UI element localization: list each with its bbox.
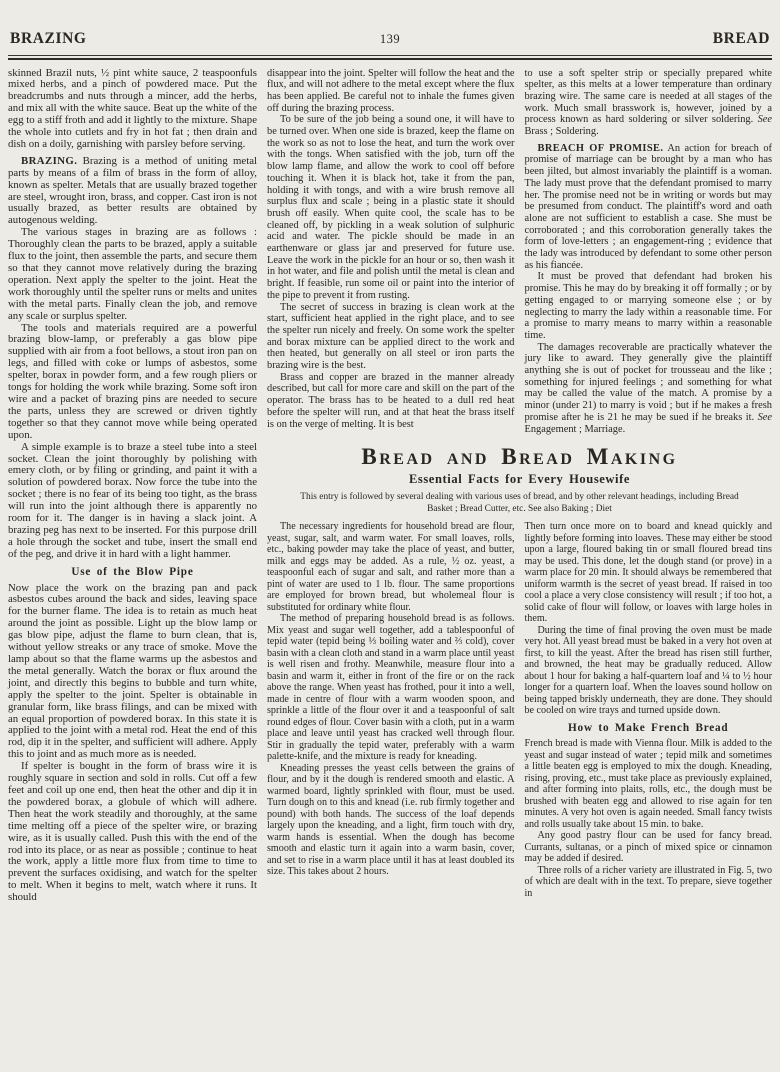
running-head-right: BREAD: [713, 30, 770, 48]
blow-pipe-paragraph-2: If spelter is bought in the form of bras…: [8, 761, 257, 904]
breach-headword: BREACH OF PROMISE.: [538, 143, 664, 154]
brazing-example-paragraph: A simple example is to braze a steel tub…: [8, 442, 257, 561]
see-reference-targets-2: Engagement ; Marriage.: [525, 424, 626, 435]
upper-columns: disappear into the joint. Spelter will f…: [267, 68, 772, 436]
header-rule-thin: [8, 55, 772, 56]
brazing-continuation-2: to use a soft spelter strip or specially…: [525, 68, 773, 138]
bread-loaves-paragraph: Then turn once more on to board and knea…: [525, 521, 773, 625]
bread-article-title: Bread and Bread Making: [267, 445, 772, 469]
richer-rolls-paragraph: Three rolls of a richer variety are illu…: [525, 865, 773, 900]
french-bread-subheading: How to Make French Bread: [525, 723, 773, 735]
bread-article-header: Bread and Bread Making Essential Facts f…: [267, 445, 772, 515]
breach-damages-paragraph: The damages recoverable are practically …: [525, 342, 773, 436]
french-bread-paragraph: French bread is made with Vienna flour. …: [525, 738, 773, 830]
blow-pipe-paragraph-1: Now place the work on the brazing pan an…: [8, 583, 257, 762]
brazing-continuation-1: disappear into the joint. Spelter will f…: [267, 68, 515, 115]
header-rule-thick: [8, 58, 772, 60]
brazil-nuts-continuation: skinned Brazil nuts, ½ pint white sauce,…: [8, 68, 257, 151]
bread-kneading-paragraph: Kneading presses the yeast cells between…: [267, 763, 515, 878]
brazing-stages-paragraph: The various stages in brazing are as fol…: [8, 227, 257, 322]
bread-article-note: This entry is followed by several dealin…: [267, 492, 772, 515]
fancy-bread-paragraph: Any good pastry flour can be used for fa…: [525, 830, 773, 865]
brazing-sound-job-paragraph: To be sure of the job being a sound one,…: [267, 114, 515, 301]
brazing-tools-paragraph: The tools and materials required are a p…: [8, 323, 257, 442]
column-3: to use a soft spelter strip or specially…: [525, 68, 773, 436]
see-reference-targets: Brass ; Soldering.: [525, 126, 599, 137]
running-head: BRAZING 139 BREAD: [8, 30, 772, 52]
breach-damages-text: The damages recoverable are practically …: [525, 342, 773, 423]
bread-method-paragraph: The method of preparing household bread …: [267, 613, 515, 763]
brazing-continuation-2-text: to use a soft spelter strip or specially…: [525, 68, 773, 126]
breach-proved-paragraph: It must be proved that defendant had bro…: [525, 271, 773, 341]
bread-column-left: The necessary ingredients for household …: [267, 521, 515, 899]
bread-ingredients-paragraph: The necessary ingredients for household …: [267, 521, 515, 613]
page-number: 139: [8, 32, 772, 47]
brazing-secret-paragraph: The secret of success in brazing is clea…: [267, 302, 515, 372]
book-page: BRAZING 139 BREAD skinned Brazil nuts, ½…: [0, 0, 780, 1072]
bread-baking-paragraph: During the time of final proving the ove…: [525, 625, 773, 717]
see-reference-label-2: See: [758, 412, 772, 423]
page-content: skinned Brazil nuts, ½ pint white sauce,…: [8, 68, 772, 905]
bread-column-right: Then turn once more on to board and knea…: [525, 521, 773, 899]
see-reference-label: See: [758, 114, 772, 125]
blow-pipe-subheading: Use of the Blow Pipe: [8, 567, 257, 579]
column-1: skinned Brazil nuts, ½ pint white sauce,…: [8, 68, 257, 905]
columns-2-3: disappear into the joint. Spelter will f…: [267, 68, 772, 905]
brazing-entry: BRAZING. Brazing is a method of uniting …: [8, 156, 257, 227]
column-2: disappear into the joint. Spelter will f…: [267, 68, 515, 436]
brazing-brass-copper-paragraph: Brass and copper are brazed in the manne…: [267, 372, 515, 431]
lower-columns: The necessary ingredients for household …: [267, 521, 772, 899]
brazing-headword: BRAZING.: [21, 155, 77, 167]
breach-definition: An action for breach of promise of marri…: [525, 143, 773, 271]
bread-article-subtitle: Essential Facts for Every Housewife: [267, 472, 772, 487]
breach-of-promise-entry: BREACH OF PROMISE. An action for breach …: [525, 143, 773, 272]
